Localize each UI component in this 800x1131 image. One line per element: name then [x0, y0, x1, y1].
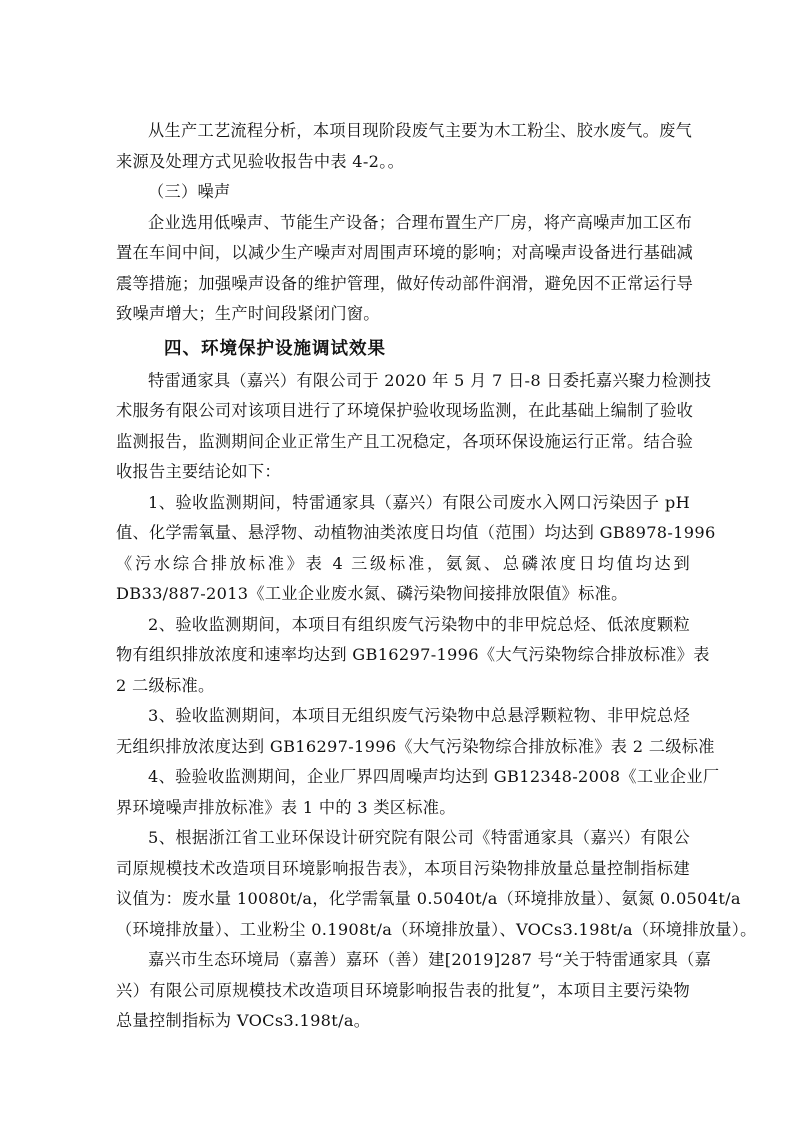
- text-line: DB33/887-2013《工业企业废水氮、磷污染物间接排放限值》标准。: [116, 579, 690, 610]
- text-line: 兴）有限公司原规模技术改造项目环境影响报告表的批复”，本项目主要污染物: [116, 976, 690, 1007]
- subheading-noise: （三）噪声: [116, 177, 690, 208]
- section-heading: 四、环境保护设施调试效果: [116, 332, 690, 366]
- text-line: （环境排放量）、工业粉尘 0.1908t/a（环境排放量）、VOCs3.198t…: [116, 915, 690, 946]
- text-line: 5、根据浙江省工业环保设计研究院有限公司《特雷通家具（嘉兴）有限公: [116, 823, 690, 854]
- text-line: 从生产工艺流程分析，本项目现阶段废气主要为木工粉尘、胶水废气。废气: [116, 116, 690, 147]
- text-line: 3、验收监测期间，本项目无组织废气污染物中总悬浮颗粒物、非甲烷总烃: [116, 701, 690, 732]
- text-line: 2 二级标准。: [116, 671, 690, 702]
- text-line: 界环境噪声排放标准》表 1 中的 3 类区标准。: [116, 793, 690, 824]
- document-page: 从生产工艺流程分析，本项目现阶段废气主要为木工粉尘、胶水废气。废气 来源及处理方…: [116, 116, 690, 1037]
- text-line: 术服务有限公司对该项目进行了环境保护验收现场监测，在此基础上编制了验收: [116, 396, 690, 427]
- text-line: 2、验收监测期间，本项目有组织废气污染物中的非甲烷总烃、低浓度颗粒: [116, 610, 690, 641]
- conclusion-item-1: 1、验收监测期间，特雷通家具（嘉兴）有限公司废水入网口污染因子 pH 值、化学需…: [116, 488, 690, 610]
- conclusion-item-2: 2、验收监测期间，本项目有组织废气污染物中的非甲烷总烃、低浓度颗粒 物有组织排放…: [116, 610, 690, 702]
- text-line: 1、验收监测期间，特雷通家具（嘉兴）有限公司废水入网口污染因子 pH: [116, 488, 690, 519]
- text-line: 致噪声增大；生产时间段紧闭门窗。: [116, 299, 690, 330]
- text-line: 司原规模技术改造项目环境影响报告表》，本项目污染物排放量总量控制指标建: [116, 854, 690, 885]
- paragraph-waste-gas: 从生产工艺流程分析，本项目现阶段废气主要为木工粉尘、胶水废气。废气 来源及处理方…: [116, 116, 690, 177]
- conclusion-item-3: 3、验收监测期间，本项目无组织废气污染物中总悬浮颗粒物、非甲烷总烃 无组织排放浓…: [116, 701, 690, 762]
- paragraph-noise: 企业选用低噪声、节能生产设备；合理布置生产厂房，将产高噪声加工区布 置在车间中间…: [116, 208, 690, 330]
- paragraph-approval: 嘉兴市生态环境局（嘉善）嘉环（善）建[2019]287 号“关于特雷通家具（嘉 …: [116, 945, 690, 1037]
- text-line: 4、验验收监测期间，企业厂界四周噪声均达到 GB12348-2008《工业企业厂: [116, 762, 690, 793]
- conclusion-item-5: 5、根据浙江省工业环保设计研究院有限公司《特雷通家具（嘉兴）有限公 司原规模技术…: [116, 823, 690, 945]
- text-line: 物有组织排放浓度和速率均达到 GB16297-1996《大气污染物综合排放标准》…: [116, 640, 690, 671]
- conclusion-item-4: 4、验验收监测期间，企业厂界四周噪声均达到 GB12348-2008《工业企业厂…: [116, 762, 690, 823]
- text-line: 来源及处理方式见验收报告中表 4-2。。: [116, 147, 690, 178]
- text-line: 收报告主要结论如下：: [116, 457, 690, 488]
- text-line: 嘉兴市生态环境局（嘉善）嘉环（善）建[2019]287 号“关于特雷通家具（嘉: [116, 945, 690, 976]
- paragraph-intro: 特雷通家具（嘉兴）有限公司于 2020 年 5 月 7 日-8 日委托嘉兴聚力检…: [116, 366, 690, 488]
- text-line: 总量控制指标为 VOCs3.198t/a。: [116, 1006, 690, 1037]
- text-line: 议值为：废水量 10080t/a，化学需氧量 0.5040t/a（环境排放量）、…: [116, 884, 690, 915]
- text-line: 震等措施；加强噪声设备的维护管理，做好传动部件润滑，避免因不正常运行导: [116, 269, 690, 300]
- text-line: 监测报告，监测期间企业正常生产且工况稳定，各项环保设施运行正常。结合验: [116, 427, 690, 458]
- text-line: 无组织排放浓度达到 GB16297-1996《大气污染物综合排放标准》表 2 二…: [116, 732, 690, 763]
- text-line: 《污水综合排放标准》表 4 三级标准，氨氮、总磷浓度日均值均达到: [116, 549, 690, 580]
- text-line: 企业选用低噪声、节能生产设备；合理布置生产厂房，将产高噪声加工区布: [116, 208, 690, 239]
- text-line: 值、化学需氧量、悬浮物、动植物油类浓度日均值（范围）均达到 GB8978-199…: [116, 518, 690, 549]
- text-line: 置在车间中间，以减少生产噪声对周围声环境的影响；对高噪声设备进行基础减: [116, 238, 690, 269]
- text-line: 特雷通家具（嘉兴）有限公司于 2020 年 5 月 7 日-8 日委托嘉兴聚力检…: [116, 366, 690, 397]
